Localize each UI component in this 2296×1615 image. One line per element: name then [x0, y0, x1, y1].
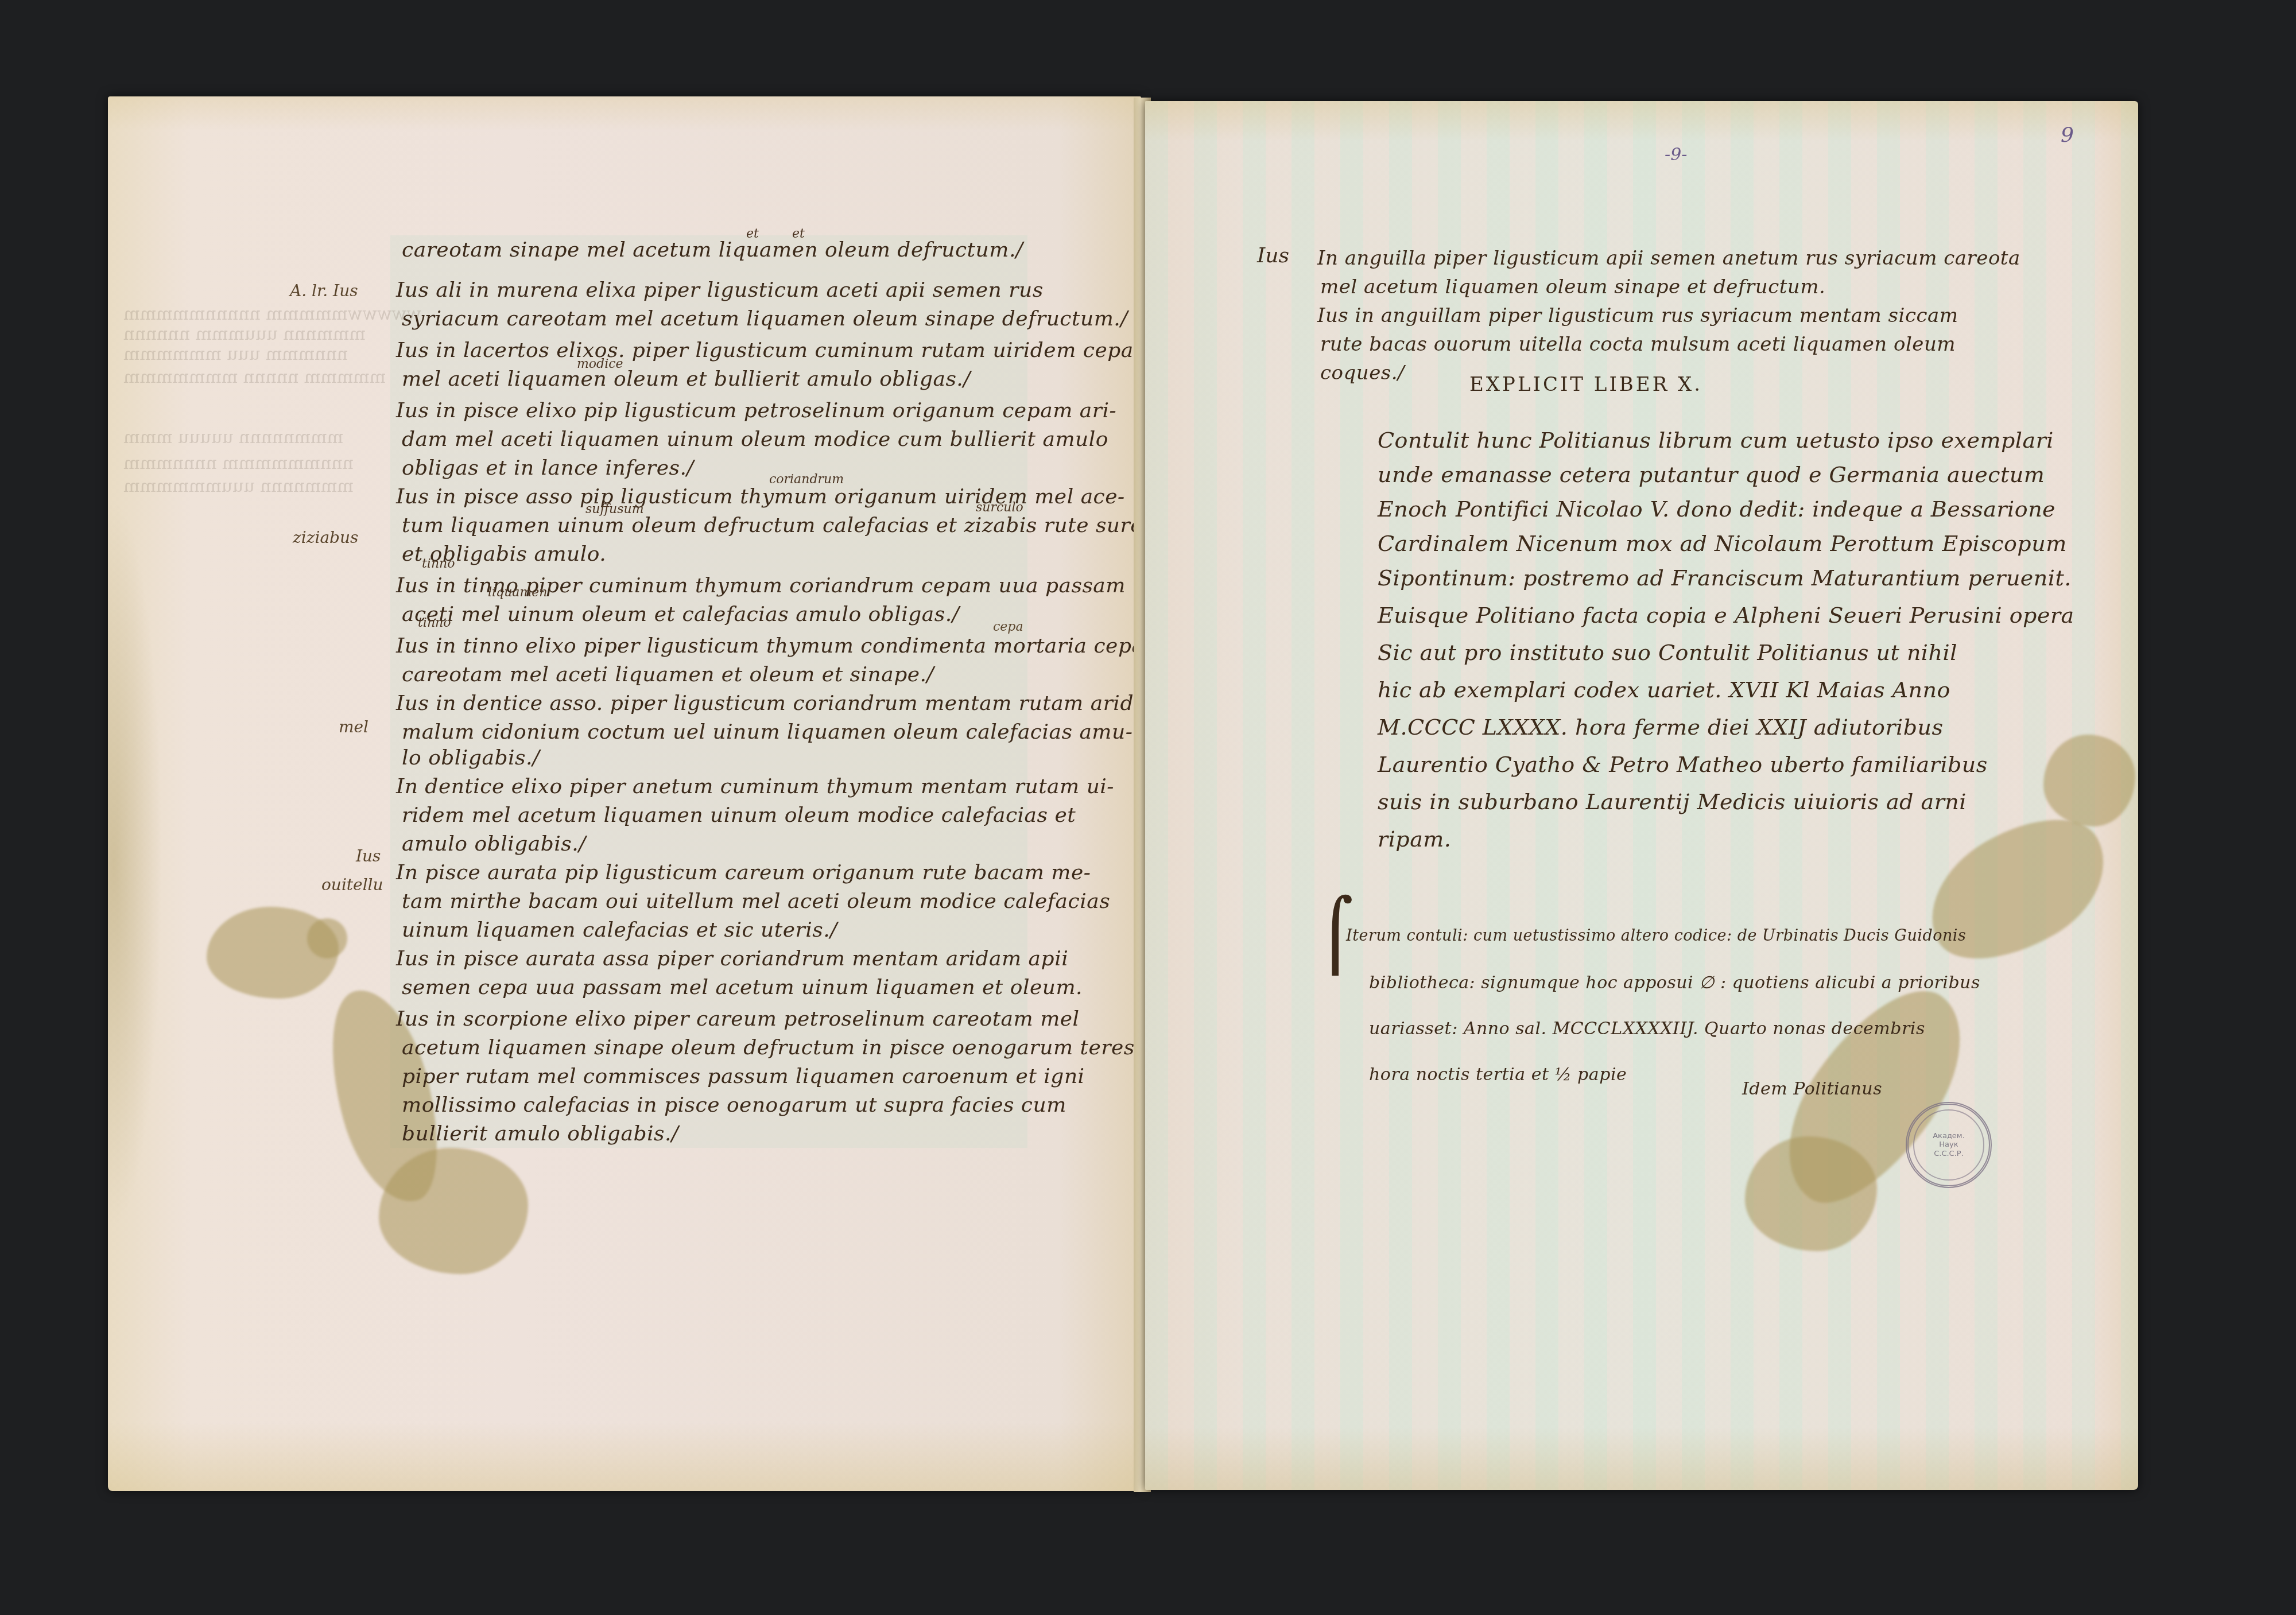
interlinear-gloss: tinno	[422, 557, 455, 571]
text-line: uinum liquamen calefacias et sic uteris.…	[402, 918, 837, 942]
show-through-text: mmmmm nnnnn mmmmmmm	[123, 367, 386, 387]
interlinear-gloss: liquamen	[488, 585, 548, 600]
text-line: Iterum contuli: cum uetustissimo altero …	[1346, 927, 1966, 945]
interlinear-gloss: modice	[577, 357, 623, 371]
text-line: ripam.	[1378, 826, 1451, 852]
margin-note: Ius	[356, 847, 381, 865]
margin-note: ouitellu	[321, 875, 383, 894]
show-through-text: mmmnnnnn uuuuu mmm	[123, 428, 343, 448]
text-line: amulo obligabis./	[402, 832, 586, 856]
folio-number-center: -9-	[1665, 145, 1687, 165]
text-line: careotam mel aceti liquamen et oleum et …	[402, 663, 934, 686]
text-line: ridem mel acetum liquamen uinum oleum mo…	[402, 803, 1076, 827]
text-line: semen cepa uua passam mel acetum uinum l…	[402, 976, 1083, 999]
show-through-text: mmmnnn uuummm nnnnnn	[123, 324, 366, 344]
text-line: Ius in lacertos elixos. piper ligusticum…	[396, 339, 1153, 362]
text-line: Sipontinum: postremo ad Franciscum Matur…	[1378, 565, 2072, 591]
margin-note: cepa	[993, 620, 1023, 634]
text-line: Euisque Politiano facta copia e Alpheni …	[1378, 603, 2074, 628]
text-line: In anguilla piper ligusticum apii semen …	[1317, 247, 2020, 270]
margin-note: A. lr. Ius	[290, 281, 358, 300]
water-stain	[379, 1148, 528, 1274]
text-line: Sic aut pro instituto suo Contulit Polit…	[1378, 640, 1957, 665]
show-through-text: nnnmmm uuu mmmmmm	[123, 344, 348, 364]
margin-note: ziziabus	[293, 528, 358, 547]
manuscript-spread: wwwwwmmmmm nnnnnmmmmm mmmnnn uuummm nnnn…	[0, 0, 2296, 1615]
text-line: suis in suburbano Laurentij Medicis uiui…	[1378, 789, 1967, 814]
text-line: mollissimo calefacias in pisce oenogarum…	[402, 1093, 1066, 1117]
text-line: mel acetum liquamen oleum sinape et defr…	[1320, 275, 1825, 298]
water-stain	[307, 918, 347, 958]
text-line: hic ab exemplari codex uariet. XVII Kl M…	[1378, 677, 1950, 702]
text-line: mel aceti liquamen oleum et bullierit am…	[402, 367, 971, 391]
margin-note: mel	[339, 717, 369, 736]
show-through-text: mmmnnnn uuummmmmm	[123, 476, 354, 496]
text-line: lo obligabis./	[402, 746, 540, 770]
show-through-text: wwwwwmmmmm nnnnnmmmmm	[123, 304, 421, 324]
text-line: Ius ali in murena elixa piper ligusticum…	[396, 278, 1044, 302]
text-line: acetum liquamen sinape oleum defructum i…	[402, 1036, 1135, 1059]
text-line: Contulit hunc Politianus librum cum uetu…	[1378, 428, 2054, 453]
interlinear-gloss: et	[746, 227, 759, 241]
library-stamp: Академ. Наук С.С.С.Р.	[1906, 1102, 1992, 1188]
interlinear-gloss: tinno	[418, 616, 451, 630]
text-line: coques./	[1320, 362, 1405, 385]
text-line: Enoch Pontifici Nicolao V. dono dedit: i…	[1378, 496, 2055, 522]
text-line: Ius in scorpione elixo piper careum petr…	[396, 1007, 1080, 1031]
text-line: Cardinalem Nicenum mox ad Nicolaum Perot…	[1378, 531, 2067, 556]
interlinear-gloss: et	[792, 227, 805, 241]
explicit-heading: EXPLICIT LIBER X.	[1469, 373, 1702, 396]
margin-note: Ius	[1257, 244, 1289, 267]
text-line: tam mirthe bacam oui uitellum mel aceti …	[402, 890, 1110, 913]
interlinear-gloss: coriandrum	[769, 472, 844, 487]
text-line: careotam sinape mel acetum liquamen oleu…	[402, 238, 1023, 262]
text-line: uariasset: Anno sal. MCCCLXXXXIIJ. Quart…	[1369, 1019, 1925, 1039]
water-stain	[2043, 735, 2135, 826]
text-line: In dentice elixo piper anetum cuminum th…	[396, 775, 1114, 798]
text-line: syriacum careotam mel acetum liquamen ol…	[402, 307, 1128, 331]
signature: Idem Politianus	[1742, 1079, 1882, 1099]
text-line: unde emanasse cetera putantur quod e Ger…	[1378, 462, 2045, 487]
text-line: Laurentio Cyatho & Petro Matheo uberto f…	[1378, 752, 1988, 777]
show-through-text: nnnmmmmmm nnnnmmm	[123, 453, 354, 473]
text-line: malum cidonium coctum uel uinum liquamen…	[402, 720, 1133, 744]
interlinear-gloss: surculo	[976, 500, 1023, 515]
text-line: obligas et in lance inferes./	[402, 456, 694, 480]
text-line: bibliotheca: signumque hoc apposui ∅ : q…	[1369, 973, 1980, 993]
text-line: Ius in pisce aurata assa piper coriandru…	[396, 947, 1068, 970]
text-line: M.CCCC LXXXX. hora ferme diei XXIJ adiut…	[1378, 715, 1944, 740]
text-line: aceti mel uinum oleum et calefacias amul…	[402, 603, 959, 626]
text-line: dam mel aceti liquamen uinum oleum modic…	[402, 428, 1108, 451]
text-line: tum liquamen uinum oleum defructum calef…	[402, 514, 1176, 537]
text-line: Ius in pisce elixo pip ligusticum petros…	[396, 399, 1116, 422]
text-line: Ius in tinno elixo piper ligusticum thym…	[396, 634, 1144, 658]
stamp-ring	[1913, 1109, 1984, 1181]
text-line: rute bacas ouorum uitella cocta mulsum a…	[1320, 333, 1956, 356]
text-line: hora noctis tertia et ½ papie	[1369, 1065, 1627, 1085]
text-line: piper rutam mel commisces passum liquame…	[402, 1065, 1085, 1088]
text-line: Ius in dentice asso. piper ligusticum co…	[396, 692, 1166, 715]
text-line: Ius in anguillam piper ligusticum rus sy…	[1317, 304, 1958, 327]
text-line: In pisce aurata pip ligusticum careum or…	[396, 861, 1091, 884]
folio-number-corner: 9	[2061, 123, 2074, 147]
interlinear-gloss: suffusum	[585, 502, 644, 517]
text-line: bullierit amulo obligabis./	[402, 1122, 678, 1146]
